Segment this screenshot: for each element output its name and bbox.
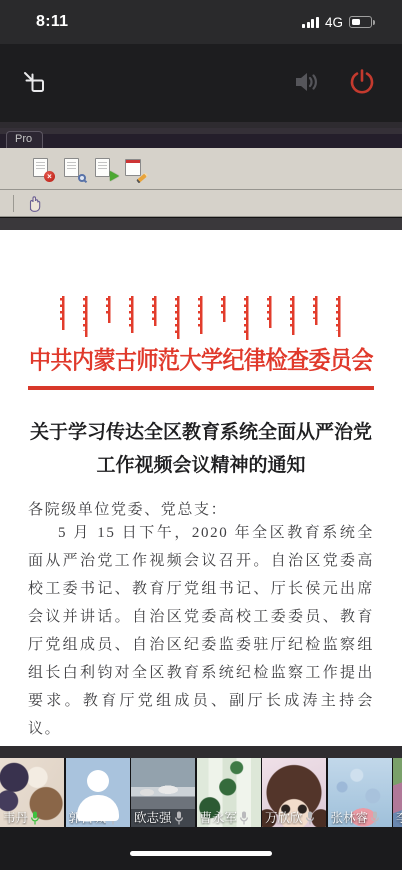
- power-button[interactable]: [348, 68, 376, 99]
- salutation: 各院级单位党委、党总支：: [28, 498, 374, 519]
- mic-muted-icon: [174, 811, 184, 825]
- participant-name: 李: [396, 811, 402, 825]
- mic-icon: [30, 811, 40, 825]
- participant-name: 万欣欣: [265, 811, 303, 825]
- pdf-toolbar: ×: [0, 148, 402, 190]
- power-icon: [348, 68, 376, 99]
- pdf-window-title-bar: Pro: [0, 128, 402, 148]
- status-bar: 8:11 4G: [0, 0, 402, 44]
- window-title-tab: Pro: [6, 131, 43, 148]
- signal-strength-icon: [302, 17, 319, 28]
- participant-name: 郭占城: [69, 811, 107, 825]
- pdf-page: 中共内蒙古师范大学纪律检查委员会 关于学习传达全区教育系统全面从严治党 工作视频…: [0, 230, 402, 746]
- participant-video[interactable]: 郭占城: [66, 758, 130, 827]
- participant-name: 欧志强: [134, 811, 172, 825]
- participant-film-strip: 韦丹 郭占城 欧志强 曹永军 万欣欣 张林睿 李: [0, 758, 402, 827]
- toolbar-divider: [13, 195, 14, 212]
- participant-name: 曹永军: [200, 811, 238, 825]
- status-indicators: 4G: [302, 15, 372, 30]
- mongolian-script-header: [28, 296, 374, 342]
- delete-page-icon[interactable]: ×: [31, 157, 53, 181]
- letterhead-double-rule: [28, 386, 374, 390]
- film-strip-gap: [0, 746, 402, 758]
- document-body: 5 月 15 日下午，2020 年全区教育系统全面从严治党工作视频会议召开。自治…: [28, 519, 374, 746]
- search-document-icon[interactable]: [62, 157, 84, 181]
- participant-name: 韦丹: [3, 811, 28, 825]
- shared-screen-region: Pro × 中共内蒙古师范大学纪律检查委员会: [0, 122, 402, 746]
- participant-video[interactable]: 韦丹: [0, 758, 64, 827]
- body-paragraph: 5 月 15 日下午，2020 年全区教育系统全面从严治党工作视频会议召开。自治…: [28, 519, 374, 743]
- meeting-control-bar: [0, 44, 402, 122]
- body-paragraph: 会议深入学习领会习近平总书记在十九届中央纪委四次全会上的重要讲话和四次全会精神，…: [28, 743, 374, 746]
- clock: 8:11: [36, 13, 68, 31]
- speaker-button[interactable]: [292, 69, 322, 98]
- mic-muted-icon: [239, 811, 249, 825]
- network-type-label: 4G: [325, 15, 343, 30]
- bottom-system-bar: [0, 827, 402, 870]
- export-document-icon[interactable]: [93, 157, 115, 181]
- participant-video[interactable]: 张林睿: [328, 758, 392, 827]
- pdf-tool-row: [0, 190, 402, 217]
- document-title: 关于学习传达全区教育系统全面从严治党 工作视频会议精神的通知: [28, 416, 374, 482]
- home-indicator[interactable]: [130, 851, 272, 856]
- mic-muted-icon: [305, 811, 315, 825]
- speaker-icon: [292, 69, 322, 98]
- document-title-line2: 工作视频会议精神的通知: [28, 449, 374, 482]
- minimize-to-window-button[interactable]: [20, 68, 47, 98]
- phone-screen: 8:11 4G: [0, 0, 402, 870]
- sticky-note-icon[interactable]: [0, 157, 22, 181]
- participant-name: 张林睿: [331, 811, 369, 825]
- battery-icon: [349, 16, 372, 28]
- participant-video[interactable]: 李: [393, 758, 402, 827]
- participant-video[interactable]: 曹永军: [197, 758, 261, 827]
- participant-video[interactable]: 万欣欣: [262, 758, 326, 827]
- participant-video[interactable]: 欧志强: [131, 758, 195, 827]
- toolbar-page-separator: [0, 217, 402, 230]
- document-title-line1: 关于学习传达全区教育系统全面从严治党: [28, 416, 374, 449]
- org-title: 中共内蒙古师范大学纪律检查委员会: [28, 342, 374, 379]
- mic-muted-icon: [370, 811, 380, 825]
- edit-annotation-icon[interactable]: [124, 157, 146, 181]
- hand-tool-icon[interactable]: [24, 193, 44, 213]
- pip-minimize-icon: [20, 68, 47, 98]
- mic-muted-icon: [108, 811, 118, 825]
